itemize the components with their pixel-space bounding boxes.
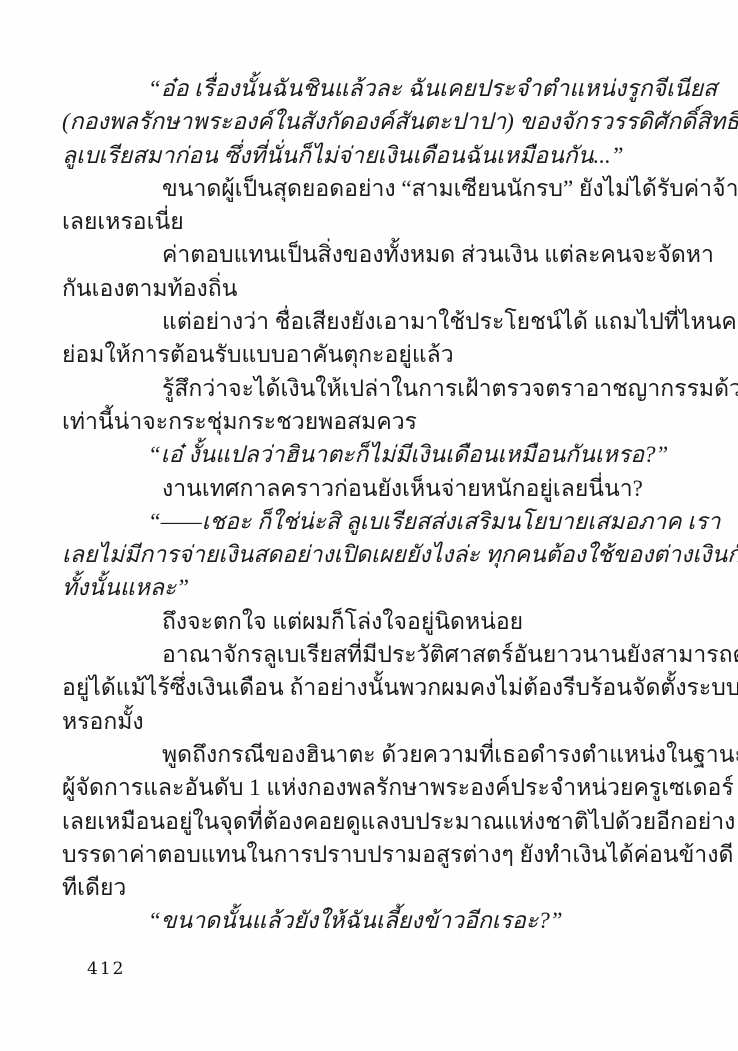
text-line: หรอกมั้ง [62,705,677,738]
text-line: กันเองตามท้องถิ่น [62,272,677,305]
page-number: 412 [87,959,125,979]
text-line: “อ๋อ เรื่องนั้นฉันชินแล้วละ ฉันเคยประจำต… [62,72,677,105]
text-line: อาณาจักรลูเบเรียสที่มีประวัติศาสตร์อันยา… [62,638,677,671]
text-line: เลยเหมือนอยู่ในจุดที่ต้องคอยดูแลงบประมาณ… [62,805,677,838]
text-line: (กองพลรักษาพระองค์ในสังกัดองค์สันตะปาปา)… [62,105,677,138]
text-line: “ขนาดนั้นแล้วยังให้ฉันเลี้ยงข้าวอีกเรอะ?… [62,904,677,937]
book-page: “อ๋อ เรื่องนั้นฉันชินแล้วละ ฉันเคยประจำต… [0,0,738,1051]
text-line: “เอ๋ งั้นแปลว่าฮินาตะก็ไม่มีเงินเดือนเหม… [62,438,677,471]
text-line: ทั้งนั้นแหละ” [62,571,677,604]
text-line: ย่อมให้การต้อนรับแบบอาคันตุกะอยู่แล้ว [62,338,677,371]
text-line: ผู้จัดการและอันดับ 1 แห่งกองพลรักษาพระอง… [62,771,677,804]
text-line: แต่อย่างว่า ชื่อเสียงยังเอามาใช้ประโยชน์… [62,305,677,338]
text-line: เลยเหรอเนี่ย [62,205,677,238]
text-line: ลูเบเรียสมาก่อน ซึ่งที่นั่นก็ไม่จ่ายเงิน… [62,139,677,172]
text-line: บรรดาค่าตอบแทนในการปราบปรามอสูรต่างๆ ยัง… [62,838,677,871]
text-line: ค่าตอบแทนเป็นสิ่งของทั้งหมด ส่วนเงิน แต่… [62,238,677,271]
page-text: “อ๋อ เรื่องนั้นฉันชินแล้วละ ฉันเคยประจำต… [62,72,677,938]
text-line: “——เชอะ ก็ใช่น่ะสิ ลูเบเรียสส่งเสริมนโยบ… [62,505,677,538]
text-line: งานเทศกาลคราวก่อนยังเห็นจ่ายหนักอยู่เลยน… [62,472,677,505]
text-line: พูดถึงกรณีของฮินาตะ ด้วยความที่เธอดำรงตำ… [62,738,677,771]
text-line: เลยไม่มีการจ่ายเงินสดอย่างเปิดเผยยังไงล่… [62,538,677,571]
text-line: ถึงจะตกใจ แต่ผมก็โล่งใจอยู่นิดหน่อย [62,605,677,638]
text-line: เท่านี้น่าจะกระชุ่มกระชวยพอสมควร [62,405,677,438]
text-line: รู้สึกว่าจะได้เงินให้เปล่าในการเฝ้าตรวจต… [62,372,677,405]
text-line: อยู่ได้แม้ไร้ซึ่งเงินเดือน ถ้าอย่างนั้นพ… [62,671,677,704]
text-line: ขนาดผู้เป็นสุดยอดอย่าง “สามเซียนนักรบ” ย… [62,172,677,205]
text-line: ทีเดียว [62,871,677,904]
